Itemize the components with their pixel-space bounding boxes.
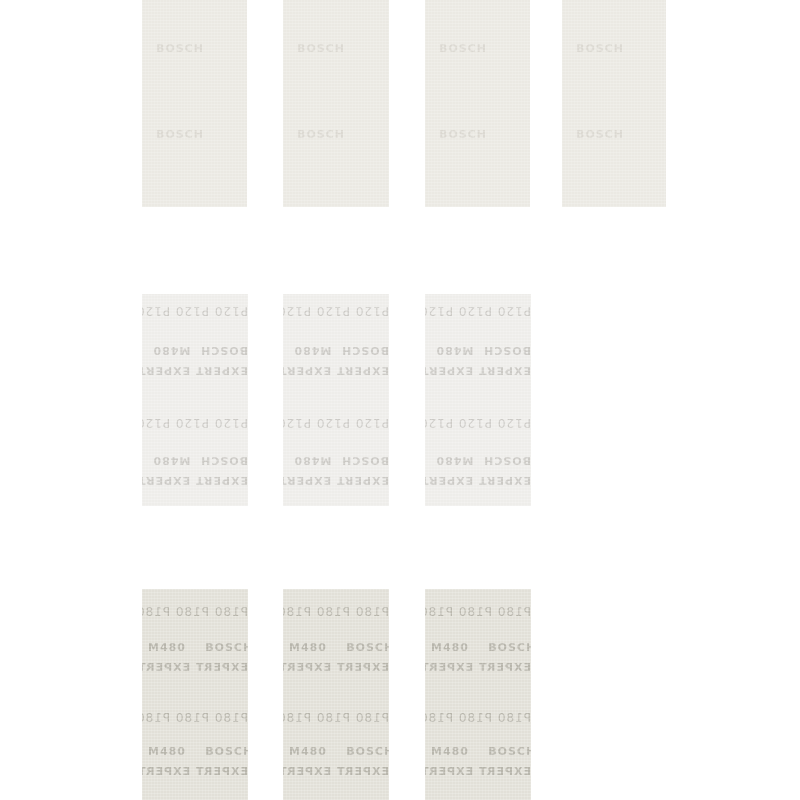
line-print: EXPERT EXPERT <box>283 364 389 377</box>
grit-print: P180 P180 P180 <box>425 605 531 619</box>
line-print: EXPERT EXPERT <box>142 765 248 778</box>
brand-print: BOSCH <box>439 42 530 55</box>
line-print: EXPERT EXPERT <box>425 474 531 487</box>
brand-print: M480 BOSCH <box>431 745 531 758</box>
model-text: M480 <box>148 641 186 654</box>
grit-print: P180 P180 P180 <box>142 605 248 619</box>
model-text: M480 <box>431 745 469 758</box>
brand-print: BOSCH <box>576 42 666 55</box>
brand-text: BOSCH <box>483 344 531 357</box>
brand-text: BOSCH <box>341 344 389 357</box>
model-text: M480 <box>435 454 473 467</box>
brand-print: BOSCH <box>297 42 389 55</box>
line-print: EXPERT EXPERT <box>425 661 531 674</box>
brand-print: BOSCH M480 <box>283 344 389 357</box>
sanding-sheet-row2-2: P120 P120 P120 BOSCH M480 EXPERT EXPERT … <box>283 294 389 506</box>
line-print: EXPERT EXPERT <box>142 661 248 674</box>
brand-text: BOSCH <box>346 745 389 758</box>
brand-print: M480 BOSCH <box>289 745 389 758</box>
brand-print: BOSCH <box>576 128 666 141</box>
model-text: M480 <box>289 745 327 758</box>
line-print: EXPERT EXPERT <box>283 661 389 674</box>
sanding-sheet-row2-1: P120 P120 P120 BOSCH M480 EXPERT EXPERT … <box>142 294 248 506</box>
brand-text: BOSCH <box>483 454 531 467</box>
brand-print: BOSCH M480 <box>142 454 248 467</box>
line-print: EXPERT EXPERT <box>142 364 248 377</box>
brand-print: M480 BOSCH <box>148 745 248 758</box>
brand-print: BOSCH <box>439 128 530 141</box>
brand-text: BOSCH <box>488 745 531 758</box>
brand-text: BOSCH <box>346 641 389 654</box>
brand-print: BOSCH <box>297 128 389 141</box>
brand-text: BOSCH <box>205 641 248 654</box>
line-print: EXPERT EXPERT <box>425 364 531 377</box>
sanding-sheet-row1-4: BOSCH BOSCH <box>562 0 666 207</box>
sanding-sheet-row1-2: BOSCH BOSCH <box>283 0 389 207</box>
grit-print: P120 P120 P120 <box>425 416 531 430</box>
brand-print: M480 BOSCH <box>289 641 389 654</box>
sanding-sheet-row1-1: BOSCH BOSCH <box>142 0 247 207</box>
brand-text: BOSCH <box>200 344 248 357</box>
grit-print: P120 P120 P120 <box>283 416 389 430</box>
brand-print: M480 BOSCH <box>148 641 248 654</box>
line-print: EXPERT EXPERT <box>425 765 531 778</box>
brand-text: BOSCH <box>341 454 389 467</box>
grit-print: P120 P120 P120 <box>142 304 248 318</box>
model-text: M480 <box>152 344 190 357</box>
brand-print: BOSCH M480 <box>142 344 248 357</box>
brand-text: BOSCH <box>488 641 531 654</box>
line-print: EXPERT EXPERT <box>283 765 389 778</box>
brand-print: BOSCH M480 <box>425 454 531 467</box>
brand-print: BOSCH M480 <box>283 454 389 467</box>
sanding-sheet-row1-3: BOSCH BOSCH <box>425 0 530 207</box>
brand-print: BOSCH <box>156 42 247 55</box>
sanding-sheet-row3-1: P180 P180 P180 M480 BOSCH EXPERT EXPERT … <box>142 589 248 800</box>
brand-print: BOSCH M480 <box>425 344 531 357</box>
model-text: M480 <box>148 745 186 758</box>
line-print: EXPERT EXPERT <box>283 474 389 487</box>
model-text: M480 <box>293 454 331 467</box>
brand-print: M480 BOSCH <box>431 641 531 654</box>
sanding-sheet-row3-3: P180 P180 P180 M480 BOSCH EXPERT EXPERT … <box>425 589 531 800</box>
grit-print: P120 P120 P120 <box>425 304 531 318</box>
grit-print: P180 P180 P180 <box>283 711 389 725</box>
model-text: M480 <box>431 641 469 654</box>
model-text: M480 <box>289 641 327 654</box>
sanding-sheet-row2-3: P120 P120 P120 BOSCH M480 EXPERT EXPERT … <box>425 294 531 506</box>
grit-print: P180 P180 P180 <box>142 711 248 725</box>
grit-print: P120 P120 P120 <box>283 304 389 318</box>
line-print: EXPERT EXPERT <box>142 474 248 487</box>
sanding-sheet-row3-2: P180 P180 P180 M480 BOSCH EXPERT EXPERT … <box>283 589 389 800</box>
grit-print: P180 P180 P180 <box>425 711 531 725</box>
grit-print: P180 P180 P180 <box>283 605 389 619</box>
brand-print: BOSCH <box>156 128 247 141</box>
brand-text: BOSCH <box>205 745 248 758</box>
grit-print: P120 P120 P120 <box>142 416 248 430</box>
model-text: M480 <box>152 454 190 467</box>
model-text: M480 <box>293 344 331 357</box>
model-text: M480 <box>435 344 473 357</box>
brand-text: BOSCH <box>200 454 248 467</box>
